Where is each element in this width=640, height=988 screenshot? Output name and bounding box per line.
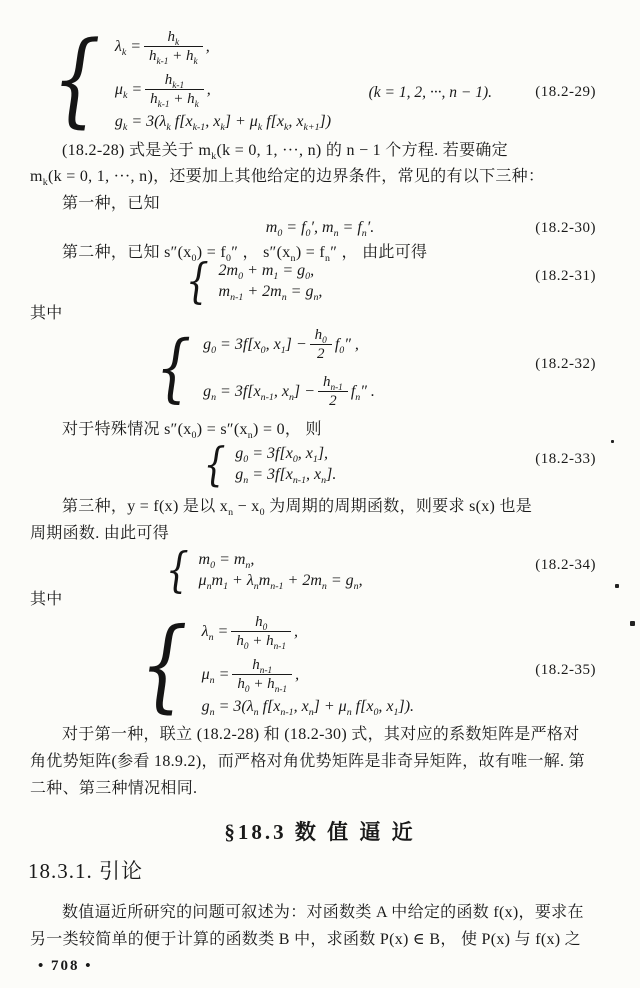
equation-line: μk = hk-1 hk-1 + hk , bbox=[115, 71, 331, 108]
left-brace-icon: { bbox=[166, 546, 189, 594]
fraction-denominator: h0 + hn-1 bbox=[231, 631, 291, 650]
paragraph-line: mk(k = 0, 1, ···, n)，还要加上其他给定的边界条件，常见的有以… bbox=[30, 167, 544, 188]
math-tail: , bbox=[295, 666, 299, 684]
fraction: h0 h0 + hn-1 bbox=[231, 613, 291, 650]
equation-line: m0 = mn, bbox=[199, 551, 363, 569]
math-expression: μnm1 + λnmn-1 + 2mn = gn, bbox=[199, 572, 363, 590]
fraction: hk-1 hk-1 + hk bbox=[145, 71, 204, 108]
equation-line: gk = 3(λk f[xk-1, xk] + μk f[xk, xk+1]) bbox=[115, 113, 331, 131]
among-label: 其中 bbox=[30, 304, 63, 325]
equation-condition: (k = 1, 2, ···, n − 1). bbox=[369, 84, 492, 102]
fraction: h0 2 bbox=[310, 326, 332, 363]
math-lhs: μk = bbox=[115, 81, 142, 99]
math-tail: , bbox=[294, 623, 298, 641]
equation-line: 2m0 + m1 = g0, bbox=[219, 262, 323, 280]
fraction-denominator: h0 + hn-1 bbox=[232, 674, 292, 693]
equation-line: μn = hn-1 h0 + hn-1 , bbox=[202, 656, 414, 693]
scan-speck bbox=[630, 621, 635, 626]
math-lhs: λn = bbox=[202, 623, 229, 641]
page-number: • 708 • bbox=[38, 958, 93, 975]
scan-speck bbox=[615, 584, 619, 588]
fraction-numerator: hn-1 bbox=[232, 656, 292, 674]
equation-line: gn = 3f[xn-1, xn]. bbox=[235, 466, 336, 484]
paragraph-line: 二种、第三种情况相同. bbox=[30, 779, 197, 800]
equation-number-18-2-30: (18.2-30) bbox=[535, 220, 596, 237]
section-heading: §18.3 数 值 逼 近 bbox=[0, 816, 640, 846]
math-tail: , bbox=[207, 81, 211, 99]
left-brace-icon: { bbox=[140, 615, 188, 715]
math-expression: mn-1 + 2mn = gn, bbox=[219, 283, 323, 301]
math-lhs: λk = bbox=[115, 38, 141, 56]
subsection-heading: 18.3.1. 引论 bbox=[28, 855, 143, 885]
math-tail: fn″ . bbox=[351, 383, 375, 401]
fraction-numerator: hn-1 bbox=[318, 373, 348, 391]
math-expression: gn = 3(λn f[xn-1, xn] + μn f[x0, x1]). bbox=[202, 698, 414, 716]
among-label: 其中 bbox=[30, 590, 63, 611]
equation-line: gn = 3f[xn-1, xn] − hn-1 2 fn″ . bbox=[203, 373, 375, 410]
equation-system-18-2-29: { λk = hk hk-1 + hk , μk = hk-1 hk-1 + h… bbox=[44, 28, 331, 131]
left-brace-icon: { bbox=[186, 257, 209, 305]
math-expression: 2m0 + m1 = g0, bbox=[219, 262, 315, 280]
equation-system-18-2-35: { λn = h0 h0 + hn-1 , μn = hn-1 h0 + hn-… bbox=[132, 613, 414, 716]
left-brace-icon: { bbox=[156, 331, 191, 405]
equation-line: λn = h0 h0 + hn-1 , bbox=[202, 613, 414, 650]
fraction-numerator: h0 bbox=[231, 613, 291, 631]
paragraph-line: 角优势矩阵(参看 18.9.2)，而严格对角优势矩阵是非奇异矩阵，故有唯一解. … bbox=[30, 752, 585, 773]
equation-system-18-2-31: { 2m0 + m1 = g0, mn-1 + 2mn = gn, bbox=[182, 257, 322, 305]
paragraph-line: (18.2-28) 式是关于 mk(k = 0, 1, ···, n) 的 n … bbox=[62, 141, 508, 162]
paragraph-line: 周期函数. 由此可得 bbox=[30, 524, 169, 545]
equation-line: λk = hk hk-1 + hk , bbox=[115, 28, 331, 65]
equation-system-18-2-33: { g0 = 3f[x0, x1], gn = 3f[xn-1, xn]. bbox=[200, 441, 336, 487]
math-expression: gn = 3f[xn-1, xn]. bbox=[235, 466, 336, 484]
fraction-denominator: 2 bbox=[318, 391, 348, 410]
equation-line: g0 = 3f[x0, x1], bbox=[235, 445, 336, 463]
equation-number-18-2-32: (18.2-32) bbox=[535, 356, 596, 373]
left-brace-icon: { bbox=[52, 29, 101, 131]
math-lhs: g0 = 3f[x0, x1] − bbox=[203, 336, 307, 354]
equation-number-18-2-33: (18.2-33) bbox=[535, 451, 596, 468]
equation-number-18-2-31: (18.2-31) bbox=[535, 268, 596, 285]
equation-number-18-2-34: (18.2-34) bbox=[535, 557, 596, 574]
math-tail: , bbox=[206, 38, 210, 56]
math-expression: g0 = 3f[x0, x1], bbox=[235, 445, 328, 463]
paragraph-line: 数值逼近所研究的问题可叙述为：对函数类 A 中给定的函数 f(x)，要求在 bbox=[62, 903, 584, 924]
fraction: hn-1 h0 + hn-1 bbox=[232, 656, 292, 693]
left-brace-icon: { bbox=[204, 441, 226, 487]
math-expression: gk = 3(λk f[xk-1, xk] + μk f[xk, xk+1]) bbox=[115, 113, 331, 131]
fraction-numerator: h0 bbox=[310, 326, 332, 344]
equation-line: μnm1 + λnmn-1 + 2mn = gn, bbox=[199, 572, 363, 590]
equation-line: gn = 3(λn f[xn-1, xn] + μn f[x0, x1]). bbox=[202, 698, 414, 716]
fraction: hk hk-1 + hk bbox=[144, 28, 203, 65]
fraction: hn-1 2 bbox=[318, 373, 348, 410]
math-expression: m0 = mn, bbox=[199, 551, 255, 569]
math-lhs: μn = bbox=[202, 666, 230, 684]
equation-system-18-2-34: { m0 = mn, μnm1 + λnmn-1 + 2mn = gn, bbox=[162, 546, 363, 594]
fraction-numerator: hk bbox=[144, 28, 203, 46]
fraction-denominator: 2 bbox=[310, 344, 332, 363]
fraction-denominator: hk-1 + hk bbox=[145, 89, 204, 108]
special-case-line: 对于特殊情况 s″(x0) = s″(xn) = 0， 则 bbox=[62, 420, 322, 441]
equation-number-18-2-29: (18.2-29) bbox=[535, 84, 596, 101]
equation-number-18-2-35: (18.2-35) bbox=[535, 662, 596, 679]
math-lhs: gn = 3f[xn-1, xn] − bbox=[203, 383, 315, 401]
first-kind-label: 第一种，已知 bbox=[62, 194, 160, 215]
fraction-numerator: hk-1 bbox=[145, 71, 204, 89]
equation-system-18-2-32: { g0 = 3f[x0, x1] − h0 2 f0″ , gn = 3f[x… bbox=[150, 326, 375, 410]
equation-line: g0 = 3f[x0, x1] − h0 2 f0″ , bbox=[203, 326, 375, 363]
equation-line: mn-1 + 2mn = gn, bbox=[219, 283, 323, 301]
math-tail: f0″ , bbox=[335, 336, 359, 354]
paragraph-line: 对于第一种，联立 (18.2-28) 和 (18.2-30) 式，其对应的系数矩… bbox=[62, 725, 579, 746]
paragraph-line: 另一类较简单的便于计算的函数类 B 中，求函数 P(x) ∈ B， 使 P(x)… bbox=[30, 930, 581, 951]
fraction-denominator: hk-1 + hk bbox=[144, 46, 203, 65]
paragraph-line: 第三种，y = f(x) 是以 xn − x0 为周期的周期函数，则要求 s(x… bbox=[62, 497, 532, 518]
scanned-textbook-page: { λk = hk hk-1 + hk , μk = hk-1 hk-1 + h… bbox=[0, 0, 640, 988]
scan-speck bbox=[611, 440, 614, 443]
